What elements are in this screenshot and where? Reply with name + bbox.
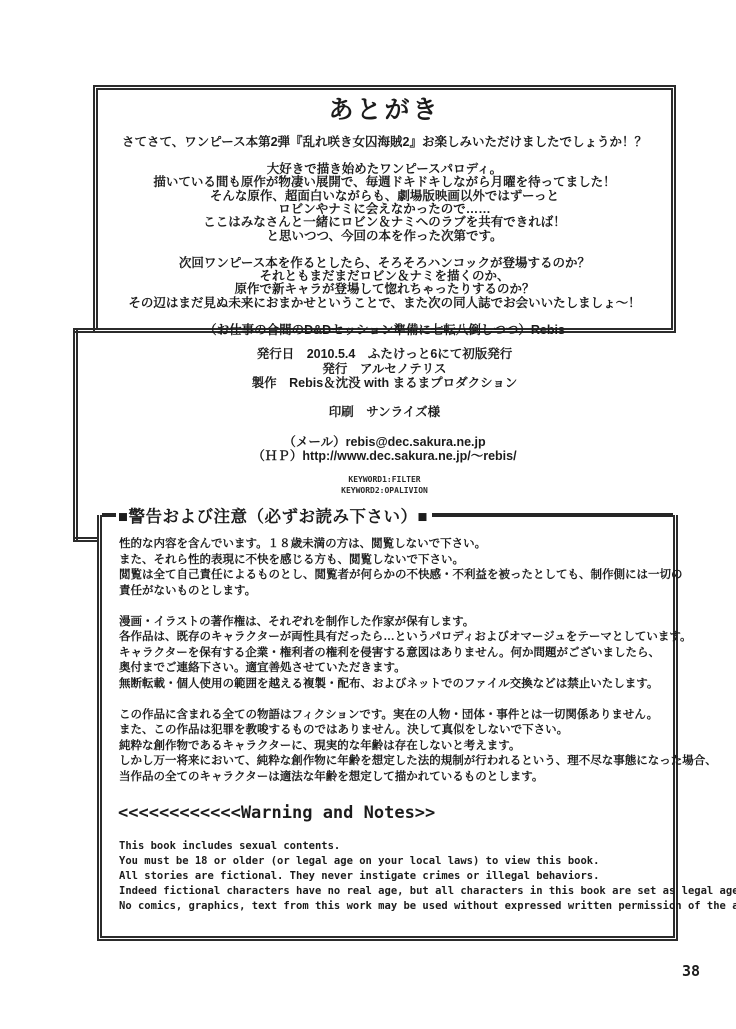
text-line (98, 243, 671, 256)
text-line: （メール）rebis@dec.sakura.ne.jp (93, 435, 676, 450)
text-line: 閲覧は全て自己責任によるものとし、閲覧者が何らかの不快感・不利益を被ったとしても… (119, 568, 663, 584)
text-line: 責任がないものとします。 (119, 584, 663, 600)
colophon-keywords: KEYWORD1:FILTERKEYWORD2:OPALIVION (93, 474, 676, 496)
afterword-box: あとがき さてさて、ワンピース本第2弾『乱れ咲き女囚海賊2』お楽しみいただけまし… (93, 85, 676, 333)
text-line: と思いつつ、今回の本を作った次第です。 (98, 230, 671, 243)
text-line (119, 599, 663, 615)
page-number: 38 (682, 962, 700, 980)
warning-header-title: ■警告および注意（必ずお読み下さい）■ (116, 503, 432, 527)
text-line: You must be 18 or older (or legal age on… (119, 854, 736, 869)
text-line: さてさて、ワンピース本第2弾『乱れ咲き女囚海賊2』お楽しみいただけましたでしょう… (98, 136, 671, 149)
text-line: （お仕事の合間のD&Dセッション準備に七転八倒しつつ）Rebis (98, 324, 671, 337)
warning-header-rule-right (432, 513, 673, 517)
text-line (93, 391, 676, 406)
text-line (93, 420, 676, 435)
warning-box: ■警告および注意（必ずお読み下さい）■ 性的な内容を含んでいます。１８歳未満の方… (97, 515, 678, 941)
text-line: また、それら性的表現に不快を感じる方も、閲覧しないで下さい。 (119, 553, 663, 569)
text-line: 漫画・イラストの著作権は、それぞれを制作した作家が保有します。 (119, 615, 663, 631)
warning-header-rule-left (102, 513, 116, 517)
warning-japanese-text: 性的な内容を含んでいます。１８歳未満の方は、閲覧しないで下さい。また、それら性的… (119, 537, 663, 785)
warning-header: ■警告および注意（必ずお読み下さい）■ (102, 503, 673, 527)
text-line: 純粋な創作物であるキャラクターに、現実的な年齢は存在しないと考えます。 (119, 739, 663, 755)
text-line: KEYWORD1:FILTER (93, 474, 676, 485)
text-line: 印刷 サンライズ様 (93, 405, 676, 420)
text-line: この作品に含まれる全ての物語はフィクションです。実在の人物・団体・事件とは一切関… (119, 708, 663, 724)
warning-english-header: <<<<<<<<<<<<Warning and Notes>> (118, 803, 435, 823)
text-line: This book includes sexual contents. (119, 839, 736, 854)
text-line: No comics, graphics, text from this work… (119, 899, 736, 914)
text-line: Indeed fictional characters have no real… (119, 884, 736, 899)
text-line: KEYWORD2:OPALIVION (93, 485, 676, 496)
text-line: 発行 アルセノテリス (93, 362, 676, 377)
text-line: 描いている間も原作が物凄い展開で、毎週ドキドキしながら月曜を待ってました！ (98, 176, 671, 189)
text-line: 各作品は、既存のキャラクターが両性具有だったら…というパロディおよびオマージュを… (119, 630, 663, 646)
text-line (119, 692, 663, 708)
text-line: 性的な内容を含んでいます。１８歳未満の方は、閲覧しないで下さい。 (119, 537, 663, 553)
text-line (98, 149, 671, 162)
afterword-title: あとがき (98, 95, 671, 125)
text-line: しかし万一将来において、純粋な創作物に年齢を想定した法的規制が行われるという、理… (119, 754, 663, 770)
afterword-text: さてさて、ワンピース本第2弾『乱れ咲き女囚海賊2』お楽しみいただけましたでしょう… (98, 136, 671, 337)
warning-english-text: This book includes sexual contents.You m… (119, 839, 736, 914)
text-line: その辺はまだ見ぬ未来におまかせということで、また次の同人誌でお会いいたしましょ～… (98, 297, 671, 310)
text-line: 当作品の全てのキャラクターは適法な年齢を想定して描かれているものとします。 (119, 770, 663, 786)
text-line: 発行日 2010.5.4 ふたけっと6にて初版発行 (93, 347, 676, 362)
text-line (98, 310, 671, 323)
text-line: 奥付までご連絡下さい。適宜善処させていただきます。 (119, 661, 663, 677)
colophon: 発行日 2010.5.4 ふたけっと6にて初版発行発行 アルセノテリス製作 Re… (93, 347, 676, 464)
text-line: キャラクターを保有する企業・権利者の権利を侵害する意図はありません。何か問題がご… (119, 646, 663, 662)
text-line: また、この作品は犯罪を教唆するものではありません。決して真似をしないで下さい。 (119, 723, 663, 739)
text-line: （ＨＰ）http://www.dec.sakura.ne.jp/～rebis/ (93, 449, 676, 464)
text-line: 原作で新キャラが登場して惚れちゃったりするのか？ (98, 283, 671, 296)
text-line: 製作 Rebis＆沈没 with まるまプロダクション (93, 376, 676, 391)
text-line: 無断転載・個人使用の範囲を越える複製・配布、およびネットでのファイル交換などは禁… (119, 677, 663, 693)
text-line: All stories are fictional. They never in… (119, 869, 736, 884)
scanned-page: あとがき さてさて、ワンピース本第2弾『乱れ咲き女囚海賊2』お楽しみいただけまし… (0, 0, 736, 1029)
text-line: ここはみなさんと一緒にロビン＆ナミへのラブを共有できれば！ (98, 216, 671, 229)
border-step-vertical-segment (73, 330, 78, 541)
